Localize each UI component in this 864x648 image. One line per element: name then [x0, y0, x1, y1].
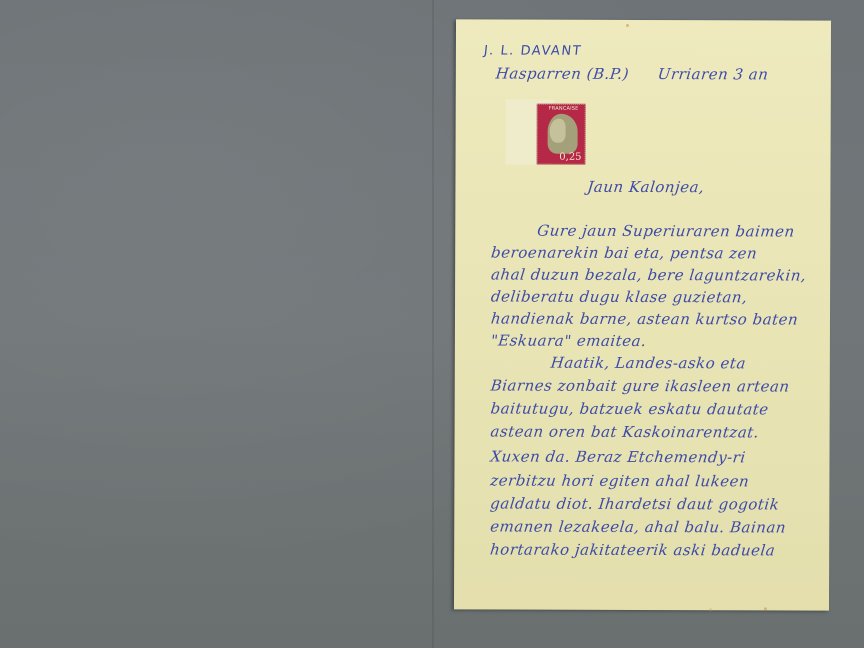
- body-line: Xuxen da. Beraz Etchemendy-ri: [490, 447, 747, 466]
- stamp-country-text: FRANCAISE: [549, 106, 579, 112]
- backdrop-fold: [432, 0, 434, 648]
- body-line: deliberatu dugu klase guzietan,: [490, 287, 748, 306]
- body-line: hortarako jakitateerik aski baduela: [489, 540, 776, 559]
- body-line: Gure jaun Superiuraren baimen: [536, 222, 795, 241]
- body-line: emanen lezakeela, ahal balu. Bainan: [489, 517, 787, 536]
- paper-stain: [709, 608, 712, 611]
- body-line: beroenarekin bai eta, pentsa zen: [490, 243, 758, 262]
- letter-page: J. L. DAVANT Hasparren (B.P.) Urriaren 3…: [454, 19, 831, 610]
- body-line: ahal duzun bezala, bere laguntzarekin,: [490, 265, 807, 284]
- body-line: Haatik, Landes-asko eta: [550, 354, 747, 373]
- sender-place: Hasparren (B.P.): [495, 64, 630, 82]
- body-line: galdatu diot. Ihardetsi daut gogotik: [489, 494, 780, 513]
- body-line: zerbitzu hori egiten ahal lukeen: [489, 471, 750, 490]
- paper-stain: [626, 24, 629, 27]
- postage-stamp: FRANCAISE REPUBLIQUE 0,25: [537, 104, 586, 165]
- body-line: astean oren bat Kaskoinarentzat.: [490, 422, 760, 441]
- body-line: Biarnes zonbait gure ikasleen artean: [490, 376, 791, 395]
- sender-name: J. L. DAVANT: [483, 43, 583, 58]
- stamp-face-icon: [550, 119, 566, 143]
- salutation: Jaun Kalonjea,: [586, 178, 705, 196]
- stamp-side-text: REPUBLIQUE: [537, 120, 540, 151]
- stamp-value: 0,25: [559, 152, 581, 163]
- body-line: baitutugu, batzuek eskatu dautate: [490, 399, 770, 418]
- body-line: handienak barne, astean kurtso baten: [490, 309, 799, 328]
- body-line: "Eskuara" emaitea.: [490, 331, 647, 350]
- paper-stain: [764, 607, 767, 610]
- letter-date: Urriaren 3 an: [657, 65, 770, 83]
